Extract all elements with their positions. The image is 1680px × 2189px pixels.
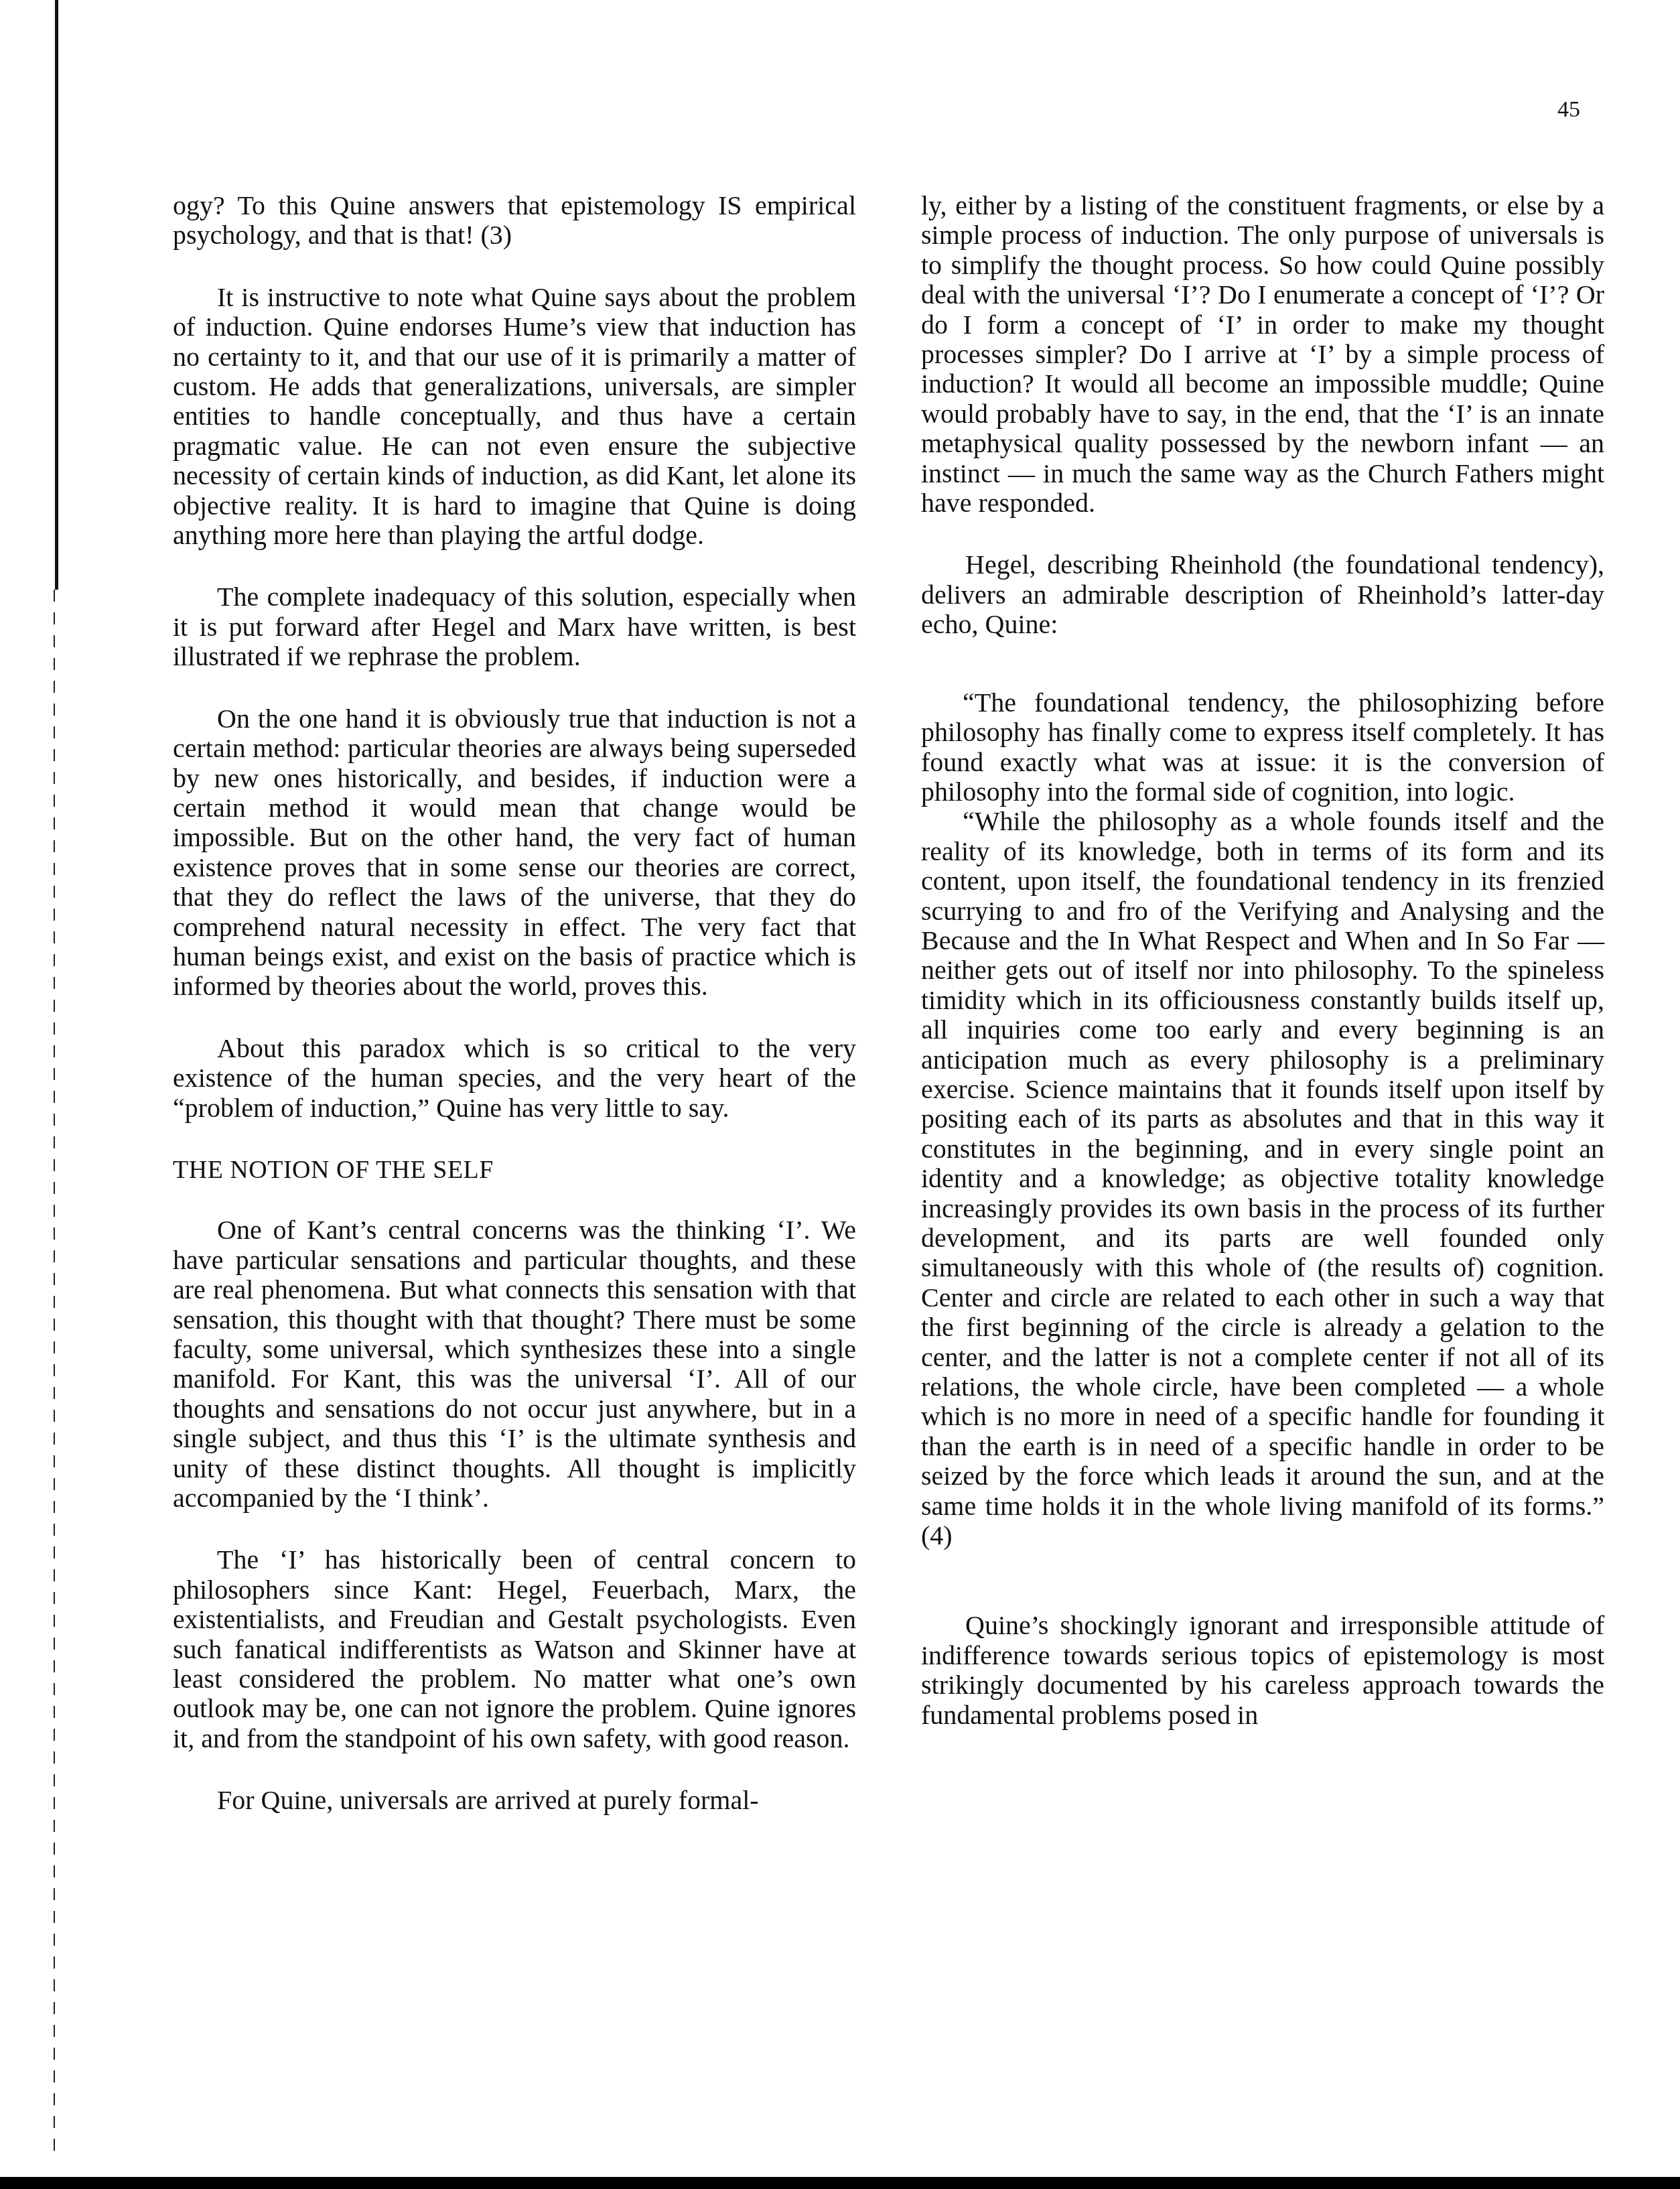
section-heading: THE NOTION OF THE SELF bbox=[173, 1155, 856, 1185]
scan-bottom-border bbox=[0, 2177, 1680, 2189]
right-column: ly, either by a listing of the constitue… bbox=[921, 191, 1604, 1762]
paragraph-continuation: ogy? To this Quine answers that epistemo… bbox=[173, 191, 856, 251]
paragraph-inadequacy: The complete inadequacy of this solution… bbox=[173, 582, 856, 671]
left-column: ogy? To this Quine answers that epistemo… bbox=[173, 191, 856, 1848]
scan-edge-left-faint bbox=[54, 590, 55, 2151]
scan-edge-left bbox=[55, 0, 58, 590]
paragraph-one-hand: On the one hand it is obviously true tha… bbox=[173, 704, 856, 1002]
paragraph-kant: One of Kant’s central concerns was the t… bbox=[173, 1215, 856, 1513]
paragraph-hegel-intro: Hegel, describing Rheinhold (the foundat… bbox=[921, 550, 1604, 639]
quote-paragraph: “While the philosophy as a whole founds … bbox=[921, 807, 1604, 1550]
paragraph-universals: For Quine, universals are arrived at pur… bbox=[173, 1786, 856, 1815]
page-number: 45 bbox=[1557, 97, 1580, 123]
paragraph-induction: It is instructive to note what Quine say… bbox=[173, 283, 856, 551]
paragraph-paradox: About this paradox which is so critical … bbox=[173, 1034, 856, 1123]
paragraph-closing: Quine’s shockingly ignorant and irrespon… bbox=[921, 1611, 1604, 1730]
block-quote: “The foundational tendency, the philosop… bbox=[921, 688, 1604, 1551]
paragraph-continuation-right: ly, either by a listing of the constitue… bbox=[921, 191, 1604, 518]
quote-paragraph: “The foundational tendency, the philosop… bbox=[921, 688, 1604, 807]
paragraph-historical-i: The ‘I’ has historically been of central… bbox=[173, 1545, 856, 1753]
